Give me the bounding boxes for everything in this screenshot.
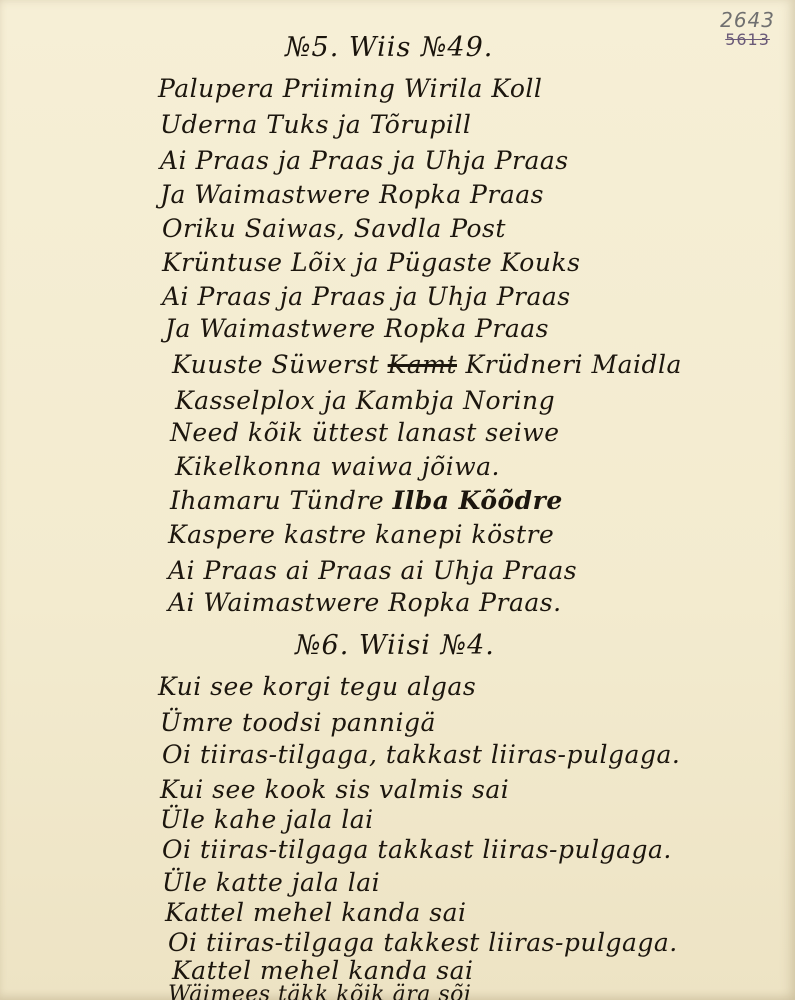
- verse-line: Krüntuse Lõix ja Pügaste Kouks: [162, 248, 580, 277]
- verse-line: Kattel mehel kanda sai: [165, 898, 467, 927]
- archive-number-stamp: 2643 5613: [720, 8, 775, 49]
- verse-line: Oi tiiras-tilgaga takkest liiras-pulgaga…: [168, 928, 678, 957]
- verse-line: Ai Praas ja Praas ja Uhja Praas: [162, 282, 571, 311]
- bold-words: Ilba Kõõdre: [393, 486, 563, 515]
- verse-line: Ümre toodsi pannigä: [160, 708, 436, 737]
- verse-line-with-correction: Kuuste Süwerst Kamt Krüdneri Maidla: [172, 350, 682, 379]
- verse-line: Palupera Priiming Wirila Koll: [158, 74, 542, 103]
- verse-line: Need kõik üttest lanast seiwe: [170, 418, 560, 447]
- verse-line: Kasselplox ja Kambja Noring: [175, 386, 555, 415]
- archive-number-current: 2643: [720, 8, 775, 32]
- verse-text: Ihamaru Tündre: [170, 486, 384, 515]
- manuscript-page: 2643 5613 №5. Wiis №49. Palupera Priimin…: [0, 0, 795, 1000]
- verse-line: Ja Waimastwere Ropka Praas: [165, 314, 549, 343]
- verse-line: Üle katte jala lai: [162, 868, 380, 897]
- section-heading-6: №6. Wiisi №4.: [295, 630, 495, 661]
- verse-line-with-emphasis: Ihamaru Tündre Ilba Kõõdre: [170, 486, 563, 515]
- verse-line: Ai Praas ai Praas ai Uhja Praas: [168, 556, 577, 585]
- verse-line: Üle kahe jala lai: [160, 805, 374, 834]
- struck-word: Kamt: [388, 350, 457, 379]
- verse-line: Wäimees täkk kõik ära sõi: [168, 982, 471, 1000]
- verse-text: Krüdneri Maidla: [465, 350, 681, 379]
- verse-line: Oi tiiras-tilgaga, takkast liiras-pulgag…: [162, 740, 680, 769]
- section-heading-5: №5. Wiis №49.: [285, 32, 493, 63]
- verse-line: Uderna Tuks ja Tõrupill: [160, 110, 471, 139]
- verse-line: Kattel mehel kanda sai: [172, 956, 474, 985]
- archive-number-old: 5613: [720, 30, 775, 49]
- verse-line: Ja Waimastwere Ropka Praas: [160, 180, 544, 209]
- verse-line: Ai Waimastwere Ropka Praas.: [168, 588, 562, 617]
- verse-text: Kuuste Süwerst: [172, 350, 379, 379]
- verse-line: Oriku Saiwas, Savdla Post: [162, 214, 506, 243]
- verse-line: Kui see korgi tegu algas: [158, 672, 476, 701]
- verse-line: Kui see kook sis valmis sai: [160, 775, 509, 804]
- verse-line: Ai Praas ja Praas ja Uhja Praas: [160, 146, 569, 175]
- verse-line: Kaspere kastre kanepi köstre: [168, 520, 554, 549]
- verse-line: Kikelkonna waiwa jõiwa.: [175, 452, 500, 481]
- verse-line: Oi tiiras-tilgaga takkast liiras-pulgaga…: [162, 835, 672, 864]
